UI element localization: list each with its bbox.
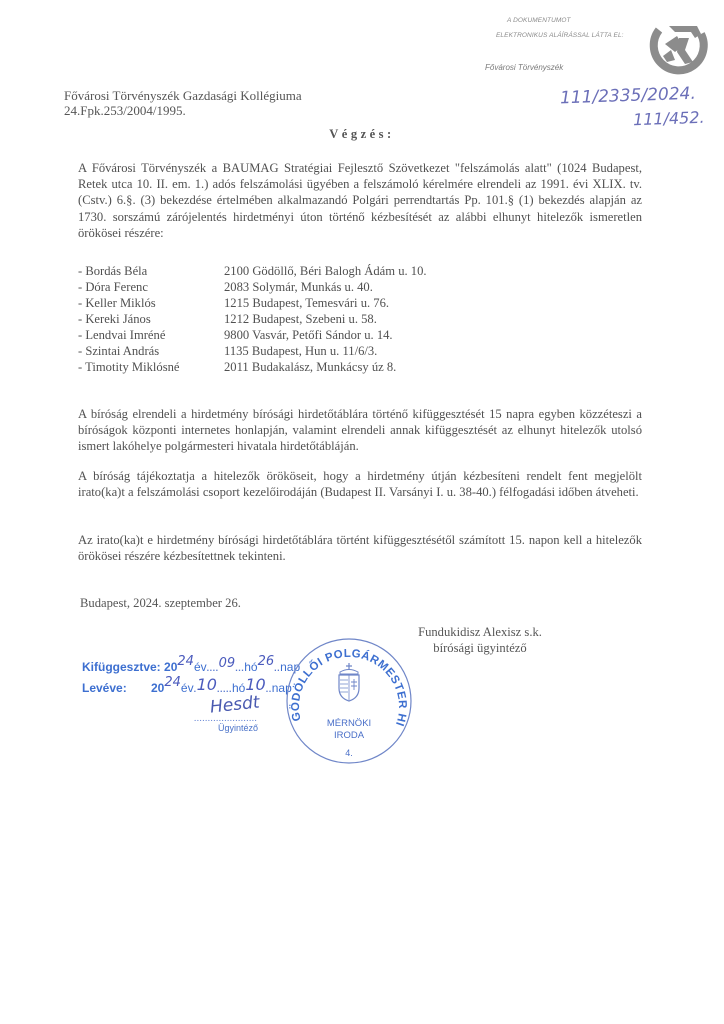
- heir-row: - Lendvai Imréné9800 Vasvár, Petőfi Sánd…: [78, 327, 427, 343]
- heir-name: - Lendvai Imréné: [78, 327, 224, 343]
- heir-address: 2083 Solymár, Munkás u. 40.: [224, 279, 373, 295]
- heir-name: - Kereki János: [78, 311, 224, 327]
- removed-year: 24: [164, 675, 181, 690]
- posted-year-unit: év: [194, 660, 207, 674]
- heir-address: 1215 Budapest, Temesvári u. 76.: [224, 295, 389, 311]
- place-date: Budapest, 2024. szeptember 26.: [80, 596, 241, 611]
- heir-name: - Keller Miklós: [78, 295, 224, 311]
- posted-year-prefix: 20: [164, 660, 177, 674]
- heir-row: - Szintai András1135 Budapest, Hun u. 11…: [78, 343, 427, 359]
- removed-month-unit: hó: [232, 681, 245, 695]
- signer-block: Fundukidisz Alexisz s.k. bírósági ügyint…: [405, 624, 555, 656]
- esignature-court: Fővárosi Törvényszék: [485, 63, 563, 72]
- removed-label: Levéve:: [82, 681, 151, 695]
- removed-year-prefix: 20: [151, 681, 164, 695]
- seal-number: 4.: [309, 748, 389, 758]
- esignature-line-2: elektronikus aláírással látta el:: [496, 32, 624, 39]
- seal-line-1: MÉRNÖKI: [309, 718, 389, 730]
- court-logo-icon: [645, 16, 711, 76]
- posted-year: 24: [177, 654, 194, 669]
- coat-of-arms-icon: [334, 662, 364, 702]
- court-name: Fővárosi Törvényszék Gazdasági Kollégium…: [64, 88, 302, 103]
- signature-dotted-line: .......................: [194, 713, 257, 723]
- heir-row: - Keller Miklós1215 Budapest, Temesvári …: [78, 295, 427, 311]
- esignature-line-1: A dokumentumot: [507, 17, 571, 24]
- heir-name: - Bordás Béla: [78, 263, 224, 279]
- posted-row: Kifüggesztve: 2024év....09...hó26..nap: [82, 660, 300, 675]
- heir-name: - Szintai András: [78, 343, 224, 359]
- heir-row: - Kereki János1212 Budapest, Szebeni u. …: [78, 311, 427, 327]
- heir-address: 2100 Gödöllő, Béri Balogh Ádám u. 10.: [224, 263, 427, 279]
- posted-month-unit: hó: [244, 660, 257, 674]
- heirs-list: - Bordás Béla2100 Gödöllő, Béri Balogh Á…: [78, 263, 427, 375]
- handwritten-file-number: 111/2335/2024.: [560, 84, 696, 109]
- case-number: 24.Fpk.253/2004/1995.: [64, 103, 302, 118]
- heir-address: 9800 Vasvár, Petőfi Sándor u. 14.: [224, 327, 393, 343]
- posted-day: 26: [258, 654, 275, 669]
- signer-name: Fundukidisz Alexisz s.k.: [405, 624, 555, 640]
- heir-name: - Timotity Miklósné: [78, 359, 224, 375]
- heir-address: 1135 Budapest, Hun u. 11/6/3.: [224, 343, 377, 359]
- document-title: Végzés:: [0, 127, 724, 142]
- heir-name: - Dóra Ferenc: [78, 279, 224, 295]
- removed-row: Levéve:2024év.10.....hó10..nap: [82, 677, 292, 696]
- seal-line-2: IRODA: [309, 730, 389, 742]
- heir-row: - Timotity Miklósné2011 Budakalász, Munk…: [78, 359, 427, 375]
- delivery-paragraph: Az irato(ka)t e hirdetmény bírósági hird…: [78, 532, 642, 564]
- posted-month: 09: [219, 656, 236, 671]
- clerk-label: Ügyintéző: [218, 723, 258, 733]
- heir-address: 1212 Budapest, Szebeni u. 58.: [224, 311, 377, 327]
- signer-role: bírósági ügyintéző: [405, 640, 555, 656]
- heir-row: - Dóra Ferenc2083 Solymár, Munkás u. 40.: [78, 279, 427, 295]
- removed-year-unit: év: [181, 681, 194, 695]
- removed-day: 10: [245, 675, 265, 694]
- intro-paragraph: A Fővárosi Törvényszék a BAUMAG Stratégi…: [78, 160, 642, 241]
- posted-label: Kifüggesztve:: [82, 660, 161, 674]
- heir-address: 2011 Budakalász, Munkácsy úz 8.: [224, 359, 396, 375]
- heir-row: - Bordás Béla2100 Gödöllő, Béri Balogh Á…: [78, 263, 427, 279]
- court-header: Fővárosi Törvényszék Gazdasági Kollégium…: [64, 88, 302, 118]
- info-paragraph: A bíróság tájékoztatja a hitelezők örökö…: [78, 468, 642, 500]
- seal-center: MÉRNÖKI IRODA: [309, 718, 389, 742]
- removed-month: 10: [197, 675, 217, 694]
- order-paragraph: A bíróság elrendeli a hirdetmény bíróság…: [78, 406, 642, 455]
